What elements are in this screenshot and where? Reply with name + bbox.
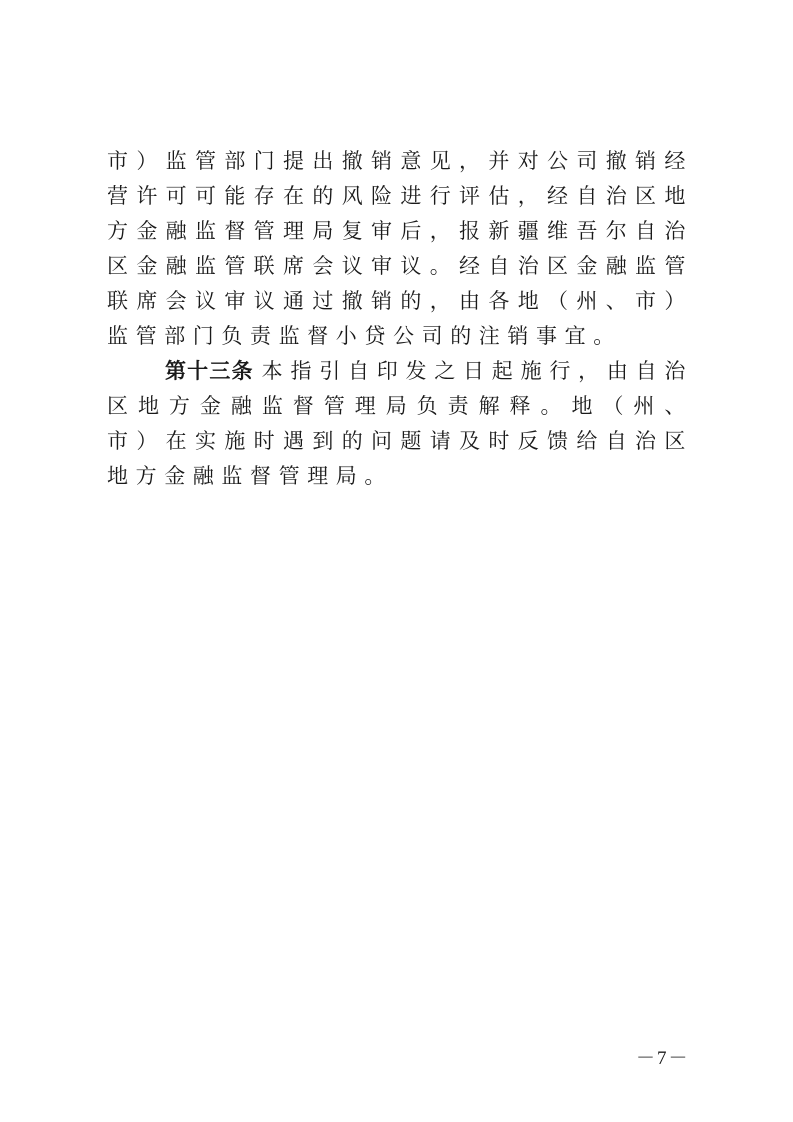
article-number: 第十三条: [165, 359, 254, 383]
document-body: 市）监管部门提出撤销意见，并对公司撤销经营许可可能存在的风险进行评估，经自治区地…: [107, 144, 693, 494]
page-number: －7－: [636, 1043, 690, 1070]
document-page: 市）监管部门提出撤销意见，并对公司撤销经营许可可能存在的风险进行评估，经自治区地…: [0, 0, 793, 1122]
paragraph-continuation: 市）监管部门提出撤销意见，并对公司撤销经营许可可能存在的风险进行评估，经自治区地…: [107, 144, 693, 354]
paragraph-article-13: 第十三条本指引自印发之日起施行，由自治区地方金融监督管理局负责解释。地（州、市）…: [107, 354, 693, 494]
